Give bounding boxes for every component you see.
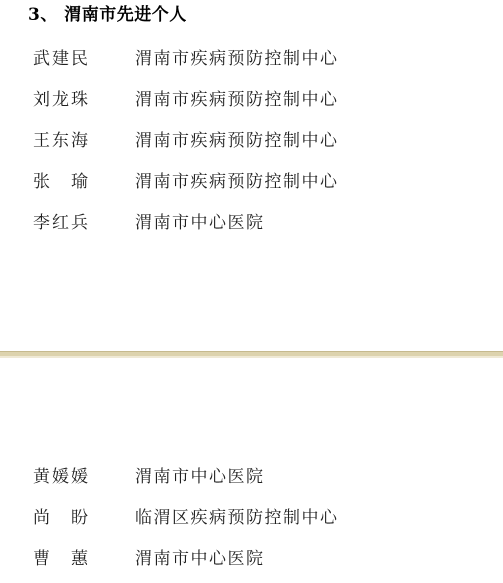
awardee-organization: 渭南市中心医院 xyxy=(135,462,265,487)
awardee-name: 黄媛媛 xyxy=(33,462,135,487)
award-row: 刘龙珠 渭南市疾病预防控制中心 xyxy=(33,77,503,118)
page2-award-list: 黄媛媛 渭南市中心医院 尚 盼 临渭区疾病预防控制中心 曹 蕙 渭南市中心医院 xyxy=(33,454,503,577)
award-row: 王东海 渭南市疾病预防控制中心 xyxy=(33,118,503,159)
section-heading: 3、 渭南市先进个人 xyxy=(28,4,187,26)
page1-award-list: 武建民 渭南市疾病预防控制中心 刘龙珠 渭南市疾病预防控制中心 王东海 渭南市疾… xyxy=(33,36,503,241)
awardee-organization: 渭南市疾病预防控制中心 xyxy=(135,44,339,69)
award-row: 黄媛媛 渭南市中心医院 xyxy=(33,454,503,495)
awardee-name: 曹 蕙 xyxy=(33,544,135,569)
award-row: 尚 盼 临渭区疾病预防控制中心 xyxy=(33,495,503,536)
awardee-organization: 渭南市中心医院 xyxy=(135,208,265,233)
awardee-name: 尚 盼 xyxy=(33,503,135,528)
awardee-organization: 渭南市中心医院 xyxy=(135,544,265,569)
awardee-organization: 渭南市疾病预防控制中心 xyxy=(135,85,339,110)
awardee-organization: 渭南市疾病预防控制中心 xyxy=(135,126,339,151)
awardee-name: 刘龙珠 xyxy=(33,85,135,110)
document-page: 3、 渭南市先进个人 武建民 渭南市疾病预防控制中心 刘龙珠 渭南市疾病预防控制… xyxy=(0,0,503,583)
awardee-organization: 临渭区疾病预防控制中心 xyxy=(135,503,339,528)
award-row: 张 瑜 渭南市疾病预防控制中心 xyxy=(33,159,503,200)
awardee-name: 张 瑜 xyxy=(33,167,135,192)
award-row: 曹 蕙 渭南市中心医院 xyxy=(33,536,503,577)
page-separator xyxy=(0,351,503,358)
award-row: 李红兵 渭南市中心医院 xyxy=(33,200,503,241)
awardee-name: 武建民 xyxy=(33,44,135,69)
award-row: 武建民 渭南市疾病预防控制中心 xyxy=(33,36,503,77)
awardee-name: 李红兵 xyxy=(33,208,135,233)
awardee-organization: 渭南市疾病预防控制中心 xyxy=(135,167,339,192)
awardee-name: 王东海 xyxy=(33,126,135,151)
